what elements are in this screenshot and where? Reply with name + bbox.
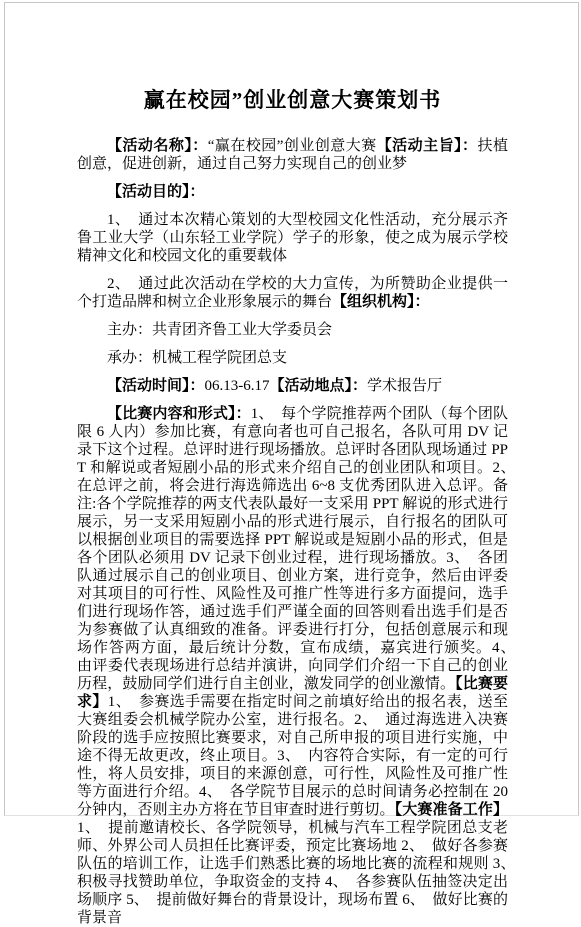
document-content: 赢在校园”创业创意大赛策划书 【活动名称】：“赢在校园”创业创意大赛【活动主旨】… [5, 3, 578, 816]
bold-label-run: 【活动主旨】： [377, 138, 478, 154]
bold-label-run: 【活动地点】： [270, 378, 368, 394]
paragraph-time-and-location: 【活动时间】：06.13-6.17【活动地点】：学术报告厅 [77, 377, 508, 395]
paragraph-activity-name-and-theme: 【活动名称】：“赢在校园”创业创意大赛【活动主旨】：扶植创意，促进创新，通过自己… [77, 137, 508, 173]
bold-label-run: 【活动名称】： [107, 138, 208, 154]
text-run: 学术报告厅 [367, 378, 442, 394]
paragraph-purpose-item-1: 1、 通过本次精心策划的大型校园文化性活动，充分展示齐鲁工业大学（山东轻工业学院… [77, 211, 508, 265]
paragraph-competition-content-requirements-preparation: 【比赛内容和形式】：1、 每个学院推荐两个团队（每个团队限 6 人内）参加比赛，… [77, 405, 508, 816]
bold-label-run: 【活动时间】： [107, 378, 205, 394]
bold-label-run: 【组织机构】： [332, 294, 430, 310]
bold-label-run: 【大赛准备工作】 [395, 802, 508, 816]
text-run: 1、 每个学院推荐两个团队（每个团队限 6 人内）参加比赛，有意向者也可自己报名… [77, 406, 523, 692]
paragraph-activity-purpose-heading: 【活动目的】： [77, 183, 508, 201]
text-run: 1、 通过本次精心策划的大型校园文化性活动，充分展示齐鲁工业大学（山东轻工业学院… [77, 212, 508, 264]
text-run: 06.13-6.17 [205, 378, 270, 394]
text-run: 承办：机械工程学院团总支 [107, 350, 287, 366]
document-page: 赢在校园”创业创意大赛策划书 【活动名称】：“赢在校园”创业创意大赛【活动主旨】… [4, 2, 579, 816]
text-run: 1、 参赛选手需要在指定时间之前填好给出的报名表，送至大赛组委会机械学院办公室，… [77, 694, 508, 816]
paragraph-undertaker: 承办：机械工程学院团总支 [77, 349, 508, 367]
paragraph-host: 主办：共青团齐鲁工业大学委员会 [77, 321, 508, 339]
bold-label-run: 【比赛内容和形式】： [107, 406, 251, 422]
document-title: 赢在校园”创业创意大赛策划书 [77, 85, 508, 115]
paragraph-purpose-item-2-and-organization: 2、 通过此次活动在学校的大力宣传，为所赞助企业提供一个打造品牌和树立企业形象展… [77, 275, 508, 311]
text-run: 主办：共青团齐鲁工业大学委员会 [107, 322, 332, 338]
bold-label-run: 【活动目的】： [107, 184, 205, 200]
text-run: 2、 通过此次活动在学校的大力宣传，为所赞助企业提供一个打造品牌和树立企业形象展… [77, 276, 508, 310]
text-run: “赢在校园”创业创意大赛 [208, 138, 377, 154]
